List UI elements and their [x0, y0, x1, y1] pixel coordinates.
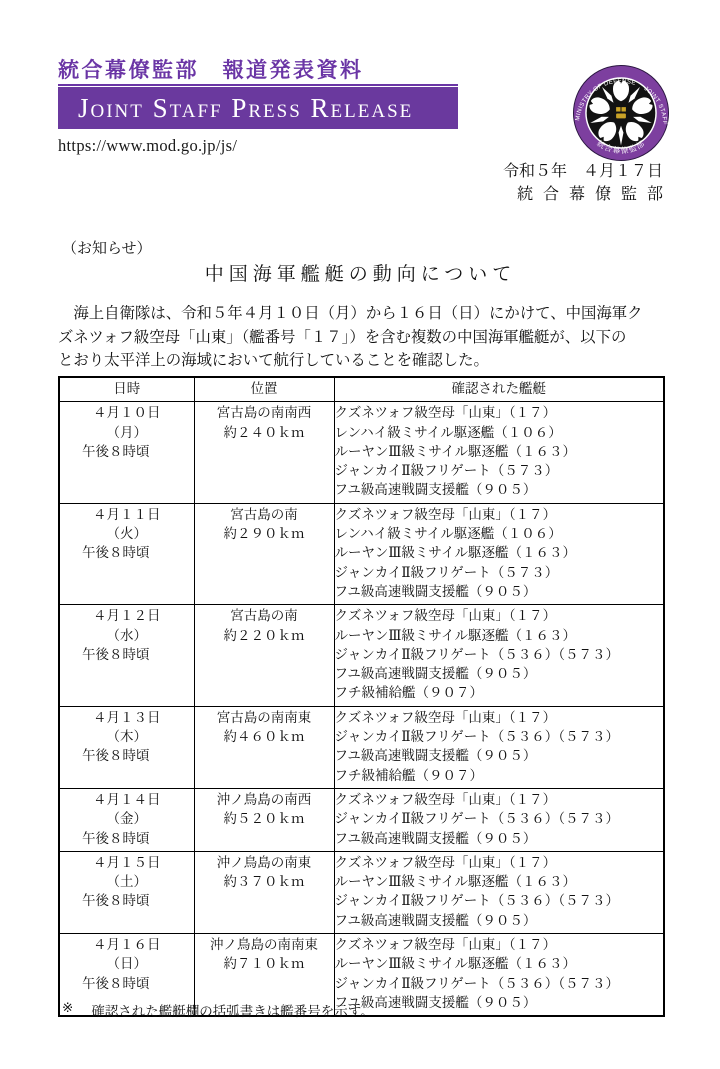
vessel-table: 日時 位置 確認された艦艇 ４月１０日（月）午後８時頃宮古島の南南西約２４０ｋｍ…: [58, 376, 665, 1017]
cell-vessels: クズネツォフ級空母「山東」（１７）ルーヤンⅢ級ミサイル駆逐艦（１６３）ジャンカイ…: [334, 605, 664, 706]
row-location: 宮古島の南: [195, 505, 334, 524]
vessel-entry: フユ級高速戦闘支援艦（９０５）: [335, 480, 664, 499]
vessel-entry: ジャンカイⅡ級フリゲート（５７３）: [335, 563, 664, 582]
vessel-entry: クズネツォフ級空母「山東」（１７）: [335, 935, 664, 954]
row-weekday: （木）: [60, 727, 194, 746]
table-row: ４月１０日（月）午後８時頃宮古島の南南西約２４０ｋｍクズネツォフ級空母「山東」（…: [59, 402, 664, 503]
document-title: 中国海軍艦艇の動向について: [58, 259, 663, 286]
vessel-entry: ルーヤンⅢ級ミサイル駆逐艦（１６３）: [335, 543, 664, 562]
table-row: ４月１５日（土）午後８時頃沖ノ鳥島の南東約３７０ｋｍクズネツォフ級空母「山東」（…: [59, 851, 664, 933]
row-date: ４月１３日: [60, 708, 194, 727]
row-distance: 約５２０ｋｍ: [195, 809, 334, 828]
cell-vessels: クズネツォフ級空母「山東」（１７）ルーヤンⅢ級ミサイル駆逐艦（１６３）ジャンカイ…: [334, 934, 664, 1017]
vessel-entry: フユ級高速戦闘支援艦（９０５）: [335, 993, 664, 1012]
vessel-entry: クズネツォフ級空母「山東」（１７）: [335, 708, 664, 727]
cell-vessels: クズネツォフ級空母「山東」（１７）レンハイ級ミサイル駆逐艦（１０６）ルーヤンⅢ級…: [334, 402, 664, 503]
table-row: ４月１２日（水）午後８時頃宮古島の南約２２０ｋｍクズネツォフ級空母「山東」（１７…: [59, 605, 664, 706]
row-location: 沖ノ鳥島の南南東: [195, 935, 334, 954]
vessel-entry: ジャンカイⅡ級フリゲート（５３６）（５７３）: [335, 891, 664, 910]
cell-vessels: クズネツォフ級空母「山東」（１７）ルーヤンⅢ級ミサイル駆逐艦（１６３）ジャンカイ…: [334, 851, 664, 933]
cell-datetime: ４月１３日（木）午後８時頃: [59, 706, 194, 788]
row-distance: 約４６０ｋｍ: [195, 727, 334, 746]
body-line: 海上自衛隊は、令和５年４月１０日（月）から１６日（日）にかけて、中国海軍ク: [58, 302, 663, 326]
vessel-entry: ルーヤンⅢ級ミサイル駆逐艦（１６３）: [335, 872, 664, 891]
row-time: 午後８時頃: [60, 974, 194, 993]
cell-position: 宮古島の南南東約４６０ｋｍ: [194, 706, 334, 788]
vessel-entry: レンハイ級ミサイル駆逐艦（１０６）: [335, 524, 664, 543]
row-location: 宮古島の南: [195, 606, 334, 625]
date-block: 令和５年 ４月１７日 統合幕僚監部: [503, 160, 663, 206]
row-weekday: （水）: [60, 626, 194, 645]
website-url-link[interactable]: https://www.mod.go.jp/js/: [58, 136, 237, 156]
row-weekday: （日）: [60, 954, 194, 973]
row-date: ４月１５日: [60, 853, 194, 872]
vessel-entry: ルーヤンⅢ級ミサイル駆逐艦（１６３）: [335, 626, 664, 645]
vessel-entry: ジャンカイⅡ級フリゲート（５３６）（５７３）: [335, 974, 664, 993]
row-distance: 約２２０ｋｍ: [195, 626, 334, 645]
cell-position: 沖ノ鳥島の南東約３７０ｋｍ: [194, 851, 334, 933]
page-content: 統合幕僚監部 報道発表資料 Joint Staff Press Release …: [58, 0, 663, 1069]
vessel-entry: クズネツォフ級空母「山東」（１７）: [335, 505, 664, 524]
vessel-entry: ルーヤンⅢ級ミサイル駆逐艦（１６３）: [335, 442, 664, 461]
cell-position: 宮古島の南約２２０ｋｍ: [194, 605, 334, 706]
vessel-entry: クズネツォフ級空母「山東」（１７）: [335, 853, 664, 872]
vessel-entry: フユ級高速戦闘支援艦（９０５）: [335, 911, 664, 930]
row-date: ４月１２日: [60, 606, 194, 625]
cell-datetime: ４月１５日（土）午後８時頃: [59, 851, 194, 933]
row-date: ４月１４日: [60, 790, 194, 809]
row-date: ４月１０日: [60, 403, 194, 422]
cell-position: 宮古島の南南西約２４０ｋｍ: [194, 402, 334, 503]
row-weekday: （火）: [60, 524, 194, 543]
col-header-position: 位置: [194, 377, 334, 402]
vessel-entry: ルーヤンⅢ級ミサイル駆逐艦（１６３）: [335, 954, 664, 973]
vessel-entry: レンハイ級ミサイル駆逐艦（１０６）: [335, 423, 664, 442]
vessel-entry: ジャンカイⅡ級フリゲート（５７３）: [335, 461, 664, 480]
cell-datetime: ４月１４日（金）午後８時頃: [59, 788, 194, 851]
row-location: 宮古島の南南東: [195, 708, 334, 727]
row-weekday: （金）: [60, 809, 194, 828]
body-paragraph: 海上自衛隊は、令和５年４月１０日（月）から１６日（日）にかけて、中国海軍クズネツ…: [58, 302, 663, 373]
body-line: ズネツォフ級空母「山東」（艦番号「１７」）を含む複数の中国海軍艦艇が、以下の: [58, 326, 663, 350]
issuing-org: 統合幕僚監部: [503, 183, 673, 206]
table-row: ４月１１日（火）午後８時頃宮古島の南約２９０ｋｍクズネツォフ級空母「山東」（１７…: [59, 503, 664, 604]
row-weekday: （月）: [60, 423, 194, 442]
vessel-entry: ジャンカイⅡ級フリゲート（５３６）（５７３）: [335, 645, 664, 664]
cell-datetime: ４月１２日（水）午後８時頃: [59, 605, 194, 706]
vessel-entry: クズネツォフ級空母「山東」（１７）: [335, 790, 664, 809]
row-distance: 約２９０ｋｍ: [195, 524, 334, 543]
cell-position: 宮古島の南約２９０ｋｍ: [194, 503, 334, 604]
table-header-row: 日時 位置 確認された艦艇: [59, 377, 664, 402]
vessel-entry: フユ級高速戦闘支援艦（９０５）: [335, 746, 664, 765]
row-location: 宮古島の南南西: [195, 403, 334, 422]
cell-vessels: クズネツォフ級空母「山東」（１７）ジャンカイⅡ級フリゲート（５３６）（５７３）フ…: [334, 788, 664, 851]
vessel-table-container: 日時 位置 確認された艦艇 ４月１０日（月）午後８時頃宮古島の南南西約２４０ｋｍ…: [58, 376, 663, 1017]
row-distance: 約２４０ｋｍ: [195, 423, 334, 442]
row-weekday: （土）: [60, 872, 194, 891]
table-row: ４月１４日（金）午後８時頃沖ノ鳥島の南西約５２０ｋｍクズネツォフ級空母「山東」（…: [59, 788, 664, 851]
press-release-banner: Joint Staff Press Release: [58, 87, 458, 129]
vessel-entry: フチ級補給艦（９０７）: [335, 683, 664, 702]
vessel-table-body: ４月１０日（月）午後８時頃宮古島の南南西約２４０ｋｍクズネツォフ級空母「山東」（…: [59, 402, 664, 1016]
vessel-entry: ジャンカイⅡ級フリゲート（５３６）（５７３）: [335, 809, 664, 828]
cell-vessels: クズネツォフ級空母「山東」（１７）ジャンカイⅡ級フリゲート（５３６）（５７３）フ…: [334, 706, 664, 788]
heading-underline: [58, 84, 458, 86]
row-time: 午後８時頃: [60, 829, 194, 848]
notice-label: （お知らせ）: [62, 237, 152, 258]
row-distance: 約３７０ｋｍ: [195, 872, 334, 891]
cell-vessels: クズネツォフ級空母「山東」（１７）レンハイ級ミサイル駆逐艦（１０６）ルーヤンⅢ級…: [334, 503, 664, 604]
body-line: とおり太平洋上の海域において航行していることを確認した。: [58, 349, 663, 373]
row-time: 午後８時頃: [60, 442, 194, 461]
row-time: 午後８時頃: [60, 746, 194, 765]
col-header-vessels: 確認された艦艇: [334, 377, 664, 402]
row-date: ４月１１日: [60, 505, 194, 524]
row-location: 沖ノ鳥島の南西: [195, 790, 334, 809]
row-location: 沖ノ鳥島の南東: [195, 853, 334, 872]
row-distance: 約７１０ｋｍ: [195, 954, 334, 973]
footnote-mark: ※: [62, 1000, 73, 1020]
row-time: 午後８時頃: [60, 891, 194, 910]
vessel-entry: フユ級高速戦闘支援艦（９０５）: [335, 664, 664, 683]
vessel-entry: フチ級補給艦（９０７）: [335, 766, 664, 785]
agency-heading: 統合幕僚監部 報道発表資料: [58, 54, 364, 84]
press-release-page: 統合幕僚監部 報道発表資料 Joint Staff Press Release …: [0, 0, 720, 1069]
footnote-text: 確認された艦艇欄の括弧書きは艦番号を示す。: [91, 1000, 373, 1020]
joint-staff-seal-icon: MINISTRY OF DEFENSE JOINT STAFF JAPAN 統合…: [572, 64, 670, 162]
vessel-entry: フユ級高速戦闘支援艦（９０５）: [335, 829, 664, 848]
vessel-entry: ジャンカイⅡ級フリゲート（５３６）（５７３）: [335, 727, 664, 746]
cell-datetime: ４月１１日（火）午後８時頃: [59, 503, 194, 604]
vessel-entry: クズネツォフ級空母「山東」（１７）: [335, 606, 664, 625]
table-row: ４月１３日（木）午後８時頃宮古島の南南東約４６０ｋｍクズネツォフ級空母「山東」（…: [59, 706, 664, 788]
footnote: ※ 確認された艦艇欄の括弧書きは艦番号を示す。: [62, 1000, 374, 1020]
release-date: 令和５年 ４月１７日: [503, 160, 663, 183]
vessel-entry: フユ級高速戦闘支援艦（９０５）: [335, 582, 664, 601]
row-time: 午後８時頃: [60, 645, 194, 664]
row-date: ４月１６日: [60, 935, 194, 954]
cell-datetime: ４月１０日（月）午後８時頃: [59, 402, 194, 503]
banner-title: Joint Staff Press Release: [58, 87, 458, 129]
col-header-datetime: 日時: [59, 377, 194, 402]
row-time: 午後８時頃: [60, 543, 194, 562]
cell-position: 沖ノ鳥島の南西約５２０ｋｍ: [194, 788, 334, 851]
vessel-entry: クズネツォフ級空母「山東」（１７）: [335, 403, 664, 422]
